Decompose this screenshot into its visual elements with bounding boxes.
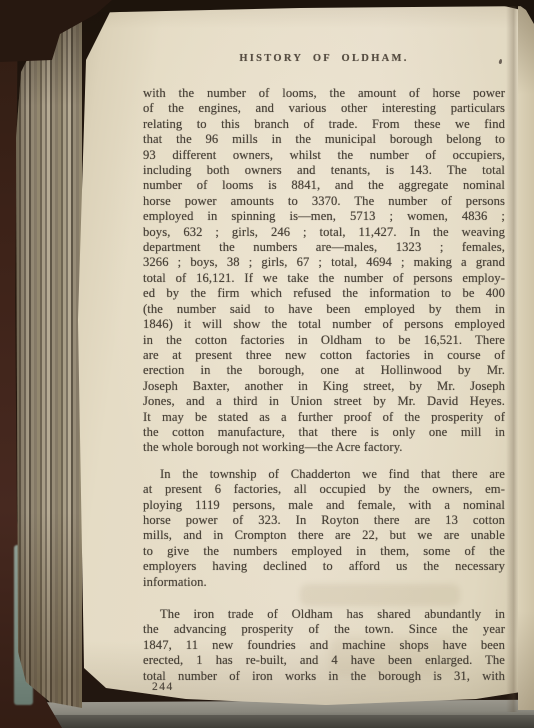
text-line: the advancing prosperity of the town. Si…: [143, 622, 505, 637]
text-line: that the 96 mills in the municipal borou…: [143, 132, 505, 147]
text-line: total number of iron works in the boroug…: [143, 669, 505, 684]
text-line: information.: [143, 575, 505, 590]
text-line: total of 16,121. If we take the number o…: [143, 271, 505, 286]
book-photo: HISTORY OF OLDHAM. with the number of lo…: [0, 0, 534, 728]
table-edge-band: [0, 715, 534, 728]
text-line: 1847, 11 new foundries and machine shops…: [143, 638, 505, 653]
page-edge-stack: [16, 8, 82, 708]
text-line: the whole borough not working—the Acre f…: [143, 440, 505, 455]
text-line: Jones, and a third in Union street by Mr…: [143, 394, 505, 409]
text-line: of the engines, and various other intere…: [143, 101, 505, 116]
text-line: are at present three new cotton factorie…: [143, 348, 505, 363]
adjacent-page-edge: [518, 4, 534, 710]
text-line: in the cotton factories in Oldham to be …: [143, 333, 505, 348]
text-line: at present 6 factories, all occupied by …: [143, 482, 505, 497]
text-line: with the number of looms, the amount of …: [143, 86, 505, 101]
text-line: the cotton manufacture, that there is on…: [143, 425, 505, 440]
paragraph: with the number of looms, the amount of …: [143, 86, 505, 456]
body-text: with the number of looms, the amount of …: [143, 86, 505, 684]
text-line: In the township of Chadderton we find th…: [143, 467, 505, 482]
paragraph: The iron trade of Oldham has shared abun…: [143, 607, 505, 684]
text-line: number of looms is 8841, and the aggrega…: [143, 178, 505, 193]
text-line: horse power amounts to 3370. The number …: [143, 194, 505, 209]
text-line: horse power of 323. In Royton there are …: [143, 513, 505, 528]
paragraph: In the township of Chadderton we find th…: [143, 467, 505, 590]
text-line: erection in the borough, one at Hollinwo…: [143, 363, 505, 378]
text-line: It may be stated as a further proof of t…: [143, 410, 505, 425]
text-line: ploying 1119 persons, male and female, w…: [143, 498, 505, 513]
text-line: including both owners and tenants, is 14…: [143, 163, 505, 178]
text-line: boys, 632 ; girls, 246 ; total, 11,427. …: [143, 225, 505, 240]
text-line: to give the numbers employed in them, so…: [143, 544, 505, 559]
text-line: relating to this branch of trade. From t…: [143, 117, 505, 132]
text-line: 93 different owners, whilst the number o…: [143, 148, 505, 163]
running-header: HISTORY OF OLDHAM.: [143, 53, 505, 64]
text-line: Joseph Baxter, another in King street, b…: [143, 379, 505, 394]
text-line: employers having declined to afford us t…: [143, 559, 505, 574]
text-line: 3266 ; boys, 38 ; girls, 67 ; total, 469…: [143, 255, 505, 270]
text-line: erected, 1 has re-built, and 4 have been…: [143, 653, 505, 668]
text-line: (the number said to have been employed b…: [143, 302, 505, 317]
text-line: employed in spinning is—men, 5713 ; wome…: [143, 209, 505, 224]
text-line: The iron trade of Oldham has shared abun…: [143, 607, 505, 622]
text-line: 1846) it will show the total number of p…: [143, 317, 505, 332]
text-line: mills, and in Crompton there are 22, but…: [143, 528, 505, 543]
text-line: ed by the firm which refused the informa…: [143, 286, 505, 301]
page-number: 244: [152, 681, 174, 693]
text-line: department the numbers are—males, 1323 ;…: [143, 240, 505, 255]
